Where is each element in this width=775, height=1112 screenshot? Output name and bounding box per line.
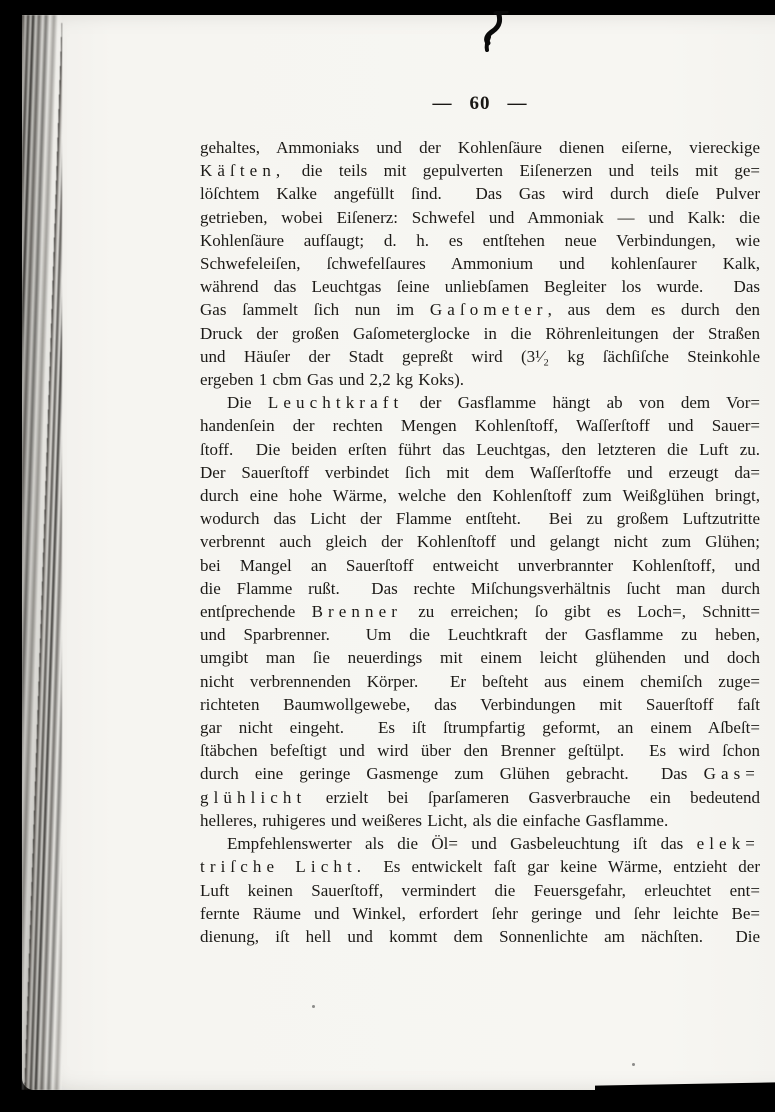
text-line: ſtäbchen befeſtigt und wird über den Bre… <box>200 739 760 762</box>
text-line: glühlicht erzielt bei ſparſameren Gasver… <box>200 786 760 809</box>
text-line: bei Mangel an Sauerſtoff entweicht unver… <box>200 554 760 577</box>
text-segment: die teils mit gepulverten Eiſenerzen und… <box>285 161 760 180</box>
text-segment: fernte Räume und Winkel, erfordert ſehr … <box>200 904 760 923</box>
text-line: während das Leuchtgas ſeine unliebſamen … <box>200 275 760 298</box>
text-line: durch eine hohe Wärme, welche den Kohlen… <box>200 484 760 507</box>
spaced-emphasis-word: Brenner <box>312 602 402 621</box>
spaced-emphasis-word: elek= <box>697 834 760 853</box>
text-line: löſchtem Kalke angefüllt ſind. Das Gas w… <box>200 182 760 205</box>
text-segment: erzielt bei ſparſameren Gasverbrauche ei… <box>306 788 760 807</box>
handwritten-ink-mark <box>477 11 513 53</box>
text-line: richteten Baumwollgewebe, das Verbindung… <box>200 693 760 716</box>
text-line: nicht verbrennenden Körper. Er beſteht a… <box>200 670 760 693</box>
text-line: fernte Räume und Winkel, erfordert ſehr … <box>200 902 760 925</box>
text-line: ſtoff. Die beiden erſten führt das Leuch… <box>200 438 760 461</box>
text-segment: getrieben, wobei Eiſenerz: Schwefel und … <box>200 208 760 227</box>
text-segment: bei Mangel an Sauerſtoff entweicht unver… <box>200 556 760 575</box>
text-segment: umgibt man ſie neuerdings mit einem leic… <box>200 648 760 667</box>
book-gutter-shadow <box>22 15 62 1090</box>
header-dash-right: — <box>508 93 528 115</box>
text-line: handenſein der rechten Mengen Kohlenſtof… <box>200 414 760 437</box>
text-segment: löſchtem Kalke angefüllt ſind. Das Gas w… <box>200 184 760 203</box>
text-segment: Druck der großen Gaſometerglocke in die … <box>200 324 760 343</box>
book-page: — 60 — gehaltes, Ammoniaks und der Kohle… <box>22 15 775 1090</box>
text-line: Schwefeleiſen, ſchwefelſaures Ammonium u… <box>200 252 760 275</box>
text-line: Der Sauerſtoff verbindet ſich mit dem Wa… <box>200 461 760 484</box>
text-line: gar nicht eingeht. Es iſt ſtrumpfartig g… <box>200 716 760 739</box>
text-segment: durch eine hohe Wärme, welche den Kohlen… <box>200 486 760 505</box>
text-line: Druck der großen Gaſometerglocke in die … <box>200 322 760 345</box>
text-segment: und Häuſer der Stadt gepreßt wird (3¹⁄₂ … <box>200 347 760 366</box>
header-dash-left: — <box>433 93 453 115</box>
text-segment: Kohlenſäure aufſaugt; d. h. es entſtehen… <box>200 231 760 250</box>
spaced-emphasis-word: glühlicht <box>200 788 306 807</box>
text-segment: . Es entwickelt faſt gar keine Wärme, en… <box>357 857 760 876</box>
text-segment: während das Leuchtgas ſeine unliebſamen … <box>200 277 760 296</box>
text-line: Empfehlenswerter als die Öl= und Gasbele… <box>200 832 760 855</box>
body-text-block: gehaltes, Ammoniaks und der Kohlenſäure … <box>200 136 760 948</box>
text-segment: Die <box>227 393 268 412</box>
text-line: dienung, iſt hell und kommt dem Sonnenli… <box>200 925 760 948</box>
text-segment: die Flamme rußt. Das rechte Miſchungsver… <box>200 579 760 598</box>
text-line: gehaltes, Ammoniaks und der Kohlenſäure … <box>200 136 760 159</box>
text-line: Kohlenſäure aufſaugt; d. h. es entſtehen… <box>200 229 760 252</box>
paper-speck <box>632 1063 635 1066</box>
text-segment: gehaltes, Ammoniaks und der Kohlenſäure … <box>200 138 760 157</box>
text-segment: Luft keinen Sauerſtoff, vermindert die F… <box>200 881 760 900</box>
text-segment: zu erreichen; ſo gibt es Loch=, Schnitt= <box>402 602 760 621</box>
text-segment: und Sparbrenner. Um die Leuchtkraft der … <box>200 625 760 644</box>
text-segment: verbrennt auch gleich der Kohlenſtoff un… <box>200 532 760 551</box>
text-segment: durch eine geringe Gasmenge zum Glühen g… <box>200 764 704 783</box>
text-segment: ſtoff. Die beiden erſten führt das Leuch… <box>200 440 760 459</box>
text-line: und Häuſer der Stadt gepreßt wird (3¹⁄₂ … <box>200 345 760 368</box>
page-number: 60 <box>470 93 491 115</box>
text-segment: Schwefeleiſen, ſchwefelſaures Ammonium u… <box>200 254 760 273</box>
text-segment: richteten Baumwollgewebe, das Verbindung… <box>200 695 760 714</box>
page-header: — 60 — <box>200 93 760 115</box>
text-segment: gar nicht eingeht. Es iſt ſtrumpfartig g… <box>200 718 760 737</box>
text-line: und Sparbrenner. Um die Leuchtkraft der … <box>200 623 760 646</box>
text-line: durch eine geringe Gasmenge zum Glühen g… <box>200 762 760 785</box>
text-segment: Der Sauerſtoff verbindet ſich mit dem Wa… <box>200 463 760 482</box>
text-line: ergeben 1 cbm Gas und 2,2 kg Koks). <box>200 368 760 391</box>
text-line: getrieben, wobei Eiſenerz: Schwefel und … <box>200 206 760 229</box>
text-segment: nicht verbrennenden Körper. Er beſteht a… <box>200 672 760 691</box>
spaced-emphasis-word: Käſten, <box>200 161 285 180</box>
spaced-emphasis-word: triſche Licht <box>200 857 357 876</box>
paper-speck <box>312 1005 315 1008</box>
text-line: Käſten, die teils mit gepulverten Eiſene… <box>200 159 760 182</box>
text-segment: ergeben 1 cbm Gas und 2,2 kg Koks). <box>200 370 464 389</box>
text-line: umgibt man ſie neuerdings mit einem leic… <box>200 646 760 669</box>
text-line: verbrennt auch gleich der Kohlenſtoff un… <box>200 530 760 553</box>
text-line: helleres, ruhigeres und weißeres Licht, … <box>200 809 760 832</box>
text-line: wodurch das Licht der Flamme entſteht. B… <box>200 507 760 530</box>
text-segment: handenſein der rechten Mengen Kohlenſtof… <box>200 416 760 435</box>
text-segment: Empfehlenswerter als die Öl= und Gasbele… <box>227 834 697 853</box>
scan-edge-bottom <box>0 1090 775 1112</box>
text-segment: Gas ſammelt ſich nun im <box>200 300 430 319</box>
text-line: entſprechende Brenner zu erreichen; ſo g… <box>200 600 760 623</box>
spaced-emphasis-word: Leuchtkraft <box>268 393 403 412</box>
text-line: die Flamme rußt. Das rechte Miſchungsver… <box>200 577 760 600</box>
text-segment: wodurch das Licht der Flamme entſteht. B… <box>200 509 760 528</box>
text-segment: dienung, iſt hell und kommt dem Sonnenli… <box>200 927 760 946</box>
text-segment: entſprechende <box>200 602 312 621</box>
text-line: Gas ſammelt ſich nun im Gaſometer, aus d… <box>200 298 760 321</box>
text-segment: helleres, ruhigeres und weißeres Licht, … <box>200 811 668 830</box>
text-segment: der Gasflamme hängt ab von dem Vor= <box>403 393 760 412</box>
text-line: Luft keinen Sauerſtoff, vermindert die F… <box>200 879 760 902</box>
text-segment: , aus dem es durch den <box>548 300 760 319</box>
text-line: Die Leuchtkraft der Gasflamme hängt ab v… <box>200 391 760 414</box>
spaced-emphasis-word: Gas= <box>704 764 760 783</box>
scan-edge-top <box>0 0 775 15</box>
spaced-emphasis-word: Gaſometer <box>430 300 548 319</box>
text-line: triſche Licht. Es entwickelt faſt gar ke… <box>200 855 760 878</box>
text-segment: ſtäbchen befeſtigt und wird über den Bre… <box>200 741 760 760</box>
